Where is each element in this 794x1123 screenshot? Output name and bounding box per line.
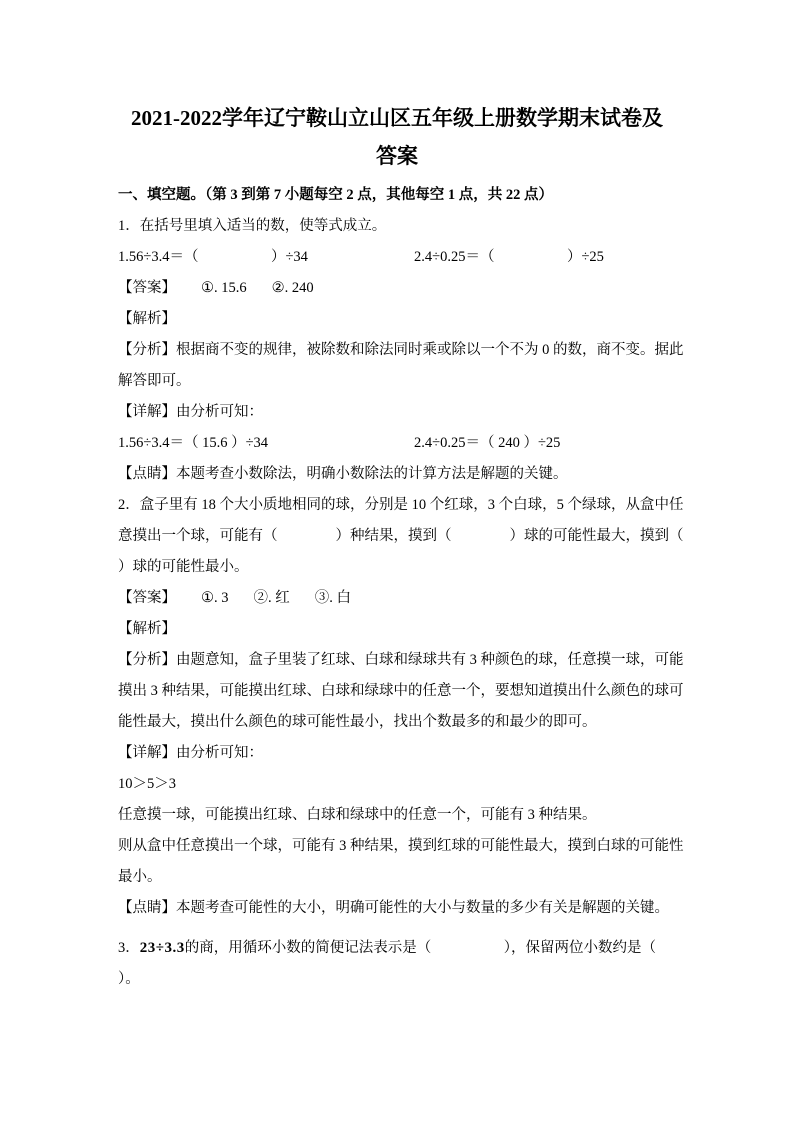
- q3-bold-expression: 23÷3.3: [140, 940, 185, 956]
- q1-analysis-line-1: 【分析】根据商不变的规律，被除数和除法同时乘或除以一个不为 0 的数，商不变。据…: [118, 335, 676, 366]
- q1-blank-equation-row: 1.56÷3.4＝（ ）÷34 2.4÷0.25＝（ ）÷25: [118, 242, 676, 273]
- exam-document-page: 2021-2022学年辽宁鞍山立山区五年级上册数学期末试卷及 答案 一、填空题。…: [0, 0, 794, 1123]
- q1-solved-equation-right: 2.4÷0.25＝（ 240 ）÷25: [414, 428, 560, 459]
- q2-stem-line-2: 意摸出一个球，可能有（ ）种结果，摸到（ ）球的可能性最大，摸到（: [118, 521, 676, 552]
- q1-answer-item-1: ①. 15.6: [201, 280, 247, 296]
- q2-answer-item-3: ③. 白: [315, 590, 351, 606]
- q1-blank-equation-left: 1.56÷3.4＝（ ）÷34: [118, 249, 308, 265]
- question-3: 3．23÷3.3的商，用循环小数的简便记法表示是（ ），保留两位小数约是（ ）。: [118, 933, 676, 995]
- q1-stem: 1．在括号里填入适当的数，使等式成立。: [118, 211, 676, 242]
- document-title: 2021-2022学年辽宁鞍山立山区五年级上册数学期末试卷及 答案: [118, 99, 676, 175]
- q3-stem-line-1: 3．23÷3.3的商，用循环小数的简便记法表示是（ ），保留两位小数约是（: [118, 933, 676, 964]
- q1-blank-equation-right: 2.4÷0.25＝（ ）÷25: [414, 242, 604, 273]
- document-title-line-1: 2021-2022学年辽宁鞍山立山区五年级上册数学期末试卷及: [118, 99, 676, 137]
- q2-analysis-header: 【解析】: [118, 614, 676, 645]
- q1-detail-header: 【详解】由分析可知：: [118, 397, 676, 428]
- q1-analysis-header: 【解析】: [118, 304, 676, 335]
- section-heading-fill-in-blanks: 一、填空题。（第 3 到第 7 小题每空 2 点，其他每空 1 点，共 22 点…: [118, 180, 676, 211]
- question-1: 1．在括号里填入适当的数，使等式成立。 1.56÷3.4＝（ ）÷34 2.4÷…: [118, 211, 676, 490]
- q1-solved-equation-row: 1.56÷3.4＝（ 15.6 ）÷34 2.4÷0.25＝（ 240 ）÷25: [118, 428, 676, 459]
- q2-analysis-line-2: 摸出 3 种结果，可能摸出红球、白球和绿球中的任意一个，要想知道摸出什么颜色的球…: [118, 676, 676, 707]
- q1-answer-item-2: ②. 240: [272, 280, 314, 296]
- q1-answer-line: 【答案】①. 15.6②. 240: [118, 273, 676, 304]
- q2-answer-line: 【答案】①. 3②. 红③. 白: [118, 583, 676, 614]
- q3-stem-text: 的商，用循环小数的简便记法表示是（ ），保留两位小数约是（: [185, 940, 656, 956]
- q2-detail-line-4: 最小。: [118, 862, 676, 893]
- q2-analysis-line-3: 能性最大，摸出什么颜色的球可能性最小，找出个数最多的和最少的即可。: [118, 707, 676, 738]
- q2-answer-item-2: ②. 红: [254, 590, 290, 606]
- q1-solved-equation-left: 1.56÷3.4＝（ 15.6 ）÷34: [118, 435, 268, 451]
- q2-detail-header: 【详解】由分析可知：: [118, 738, 676, 769]
- q1-analysis-line-2: 解答即可。: [118, 366, 676, 397]
- q2-answer-item-1: ①. 3: [201, 590, 229, 606]
- q1-key-point: 【点睛】本题考查小数除法，明确小数除法的计算方法是解题的关键。: [118, 459, 676, 490]
- q2-stem-line-1: 2．盒子里有 18 个大小质地相同的球，分别是 10 个红球，3 个白球，5 个…: [118, 490, 676, 521]
- q2-detail-line-3: 则从盒中任意摸出一个球，可能有 3 种结果，摸到红球的可能性最大，摸到白球的可能…: [118, 831, 676, 862]
- q1-answer-label: 【答案】: [118, 280, 176, 296]
- question-2: 2．盒子里有 18 个大小质地相同的球，分别是 10 个红球，3 个白球，5 个…: [118, 490, 676, 924]
- q2-detail-comparison: 10＞5＞3: [118, 769, 676, 800]
- q2-stem-line-3: ）球的可能性最小。: [118, 552, 676, 583]
- q2-answer-label: 【答案】: [118, 590, 176, 606]
- q3-stem-line-2: ）。: [118, 964, 676, 995]
- q2-key-point: 【点睛】本题考查可能性的大小，明确可能性的大小与数量的多少有关是解题的关键。: [118, 893, 676, 924]
- document-title-line-2: 答案: [118, 137, 676, 175]
- q3-number: 3．: [118, 940, 140, 956]
- q2-analysis-line-1: 【分析】由题意知，盒子里装了红球、白球和绿球共有 3 种颜色的球，任意摸一球，可…: [118, 645, 676, 676]
- q2-detail-line-2: 任意摸一球，可能摸出红球、白球和绿球中的任意一个，可能有 3 种结果。: [118, 800, 676, 831]
